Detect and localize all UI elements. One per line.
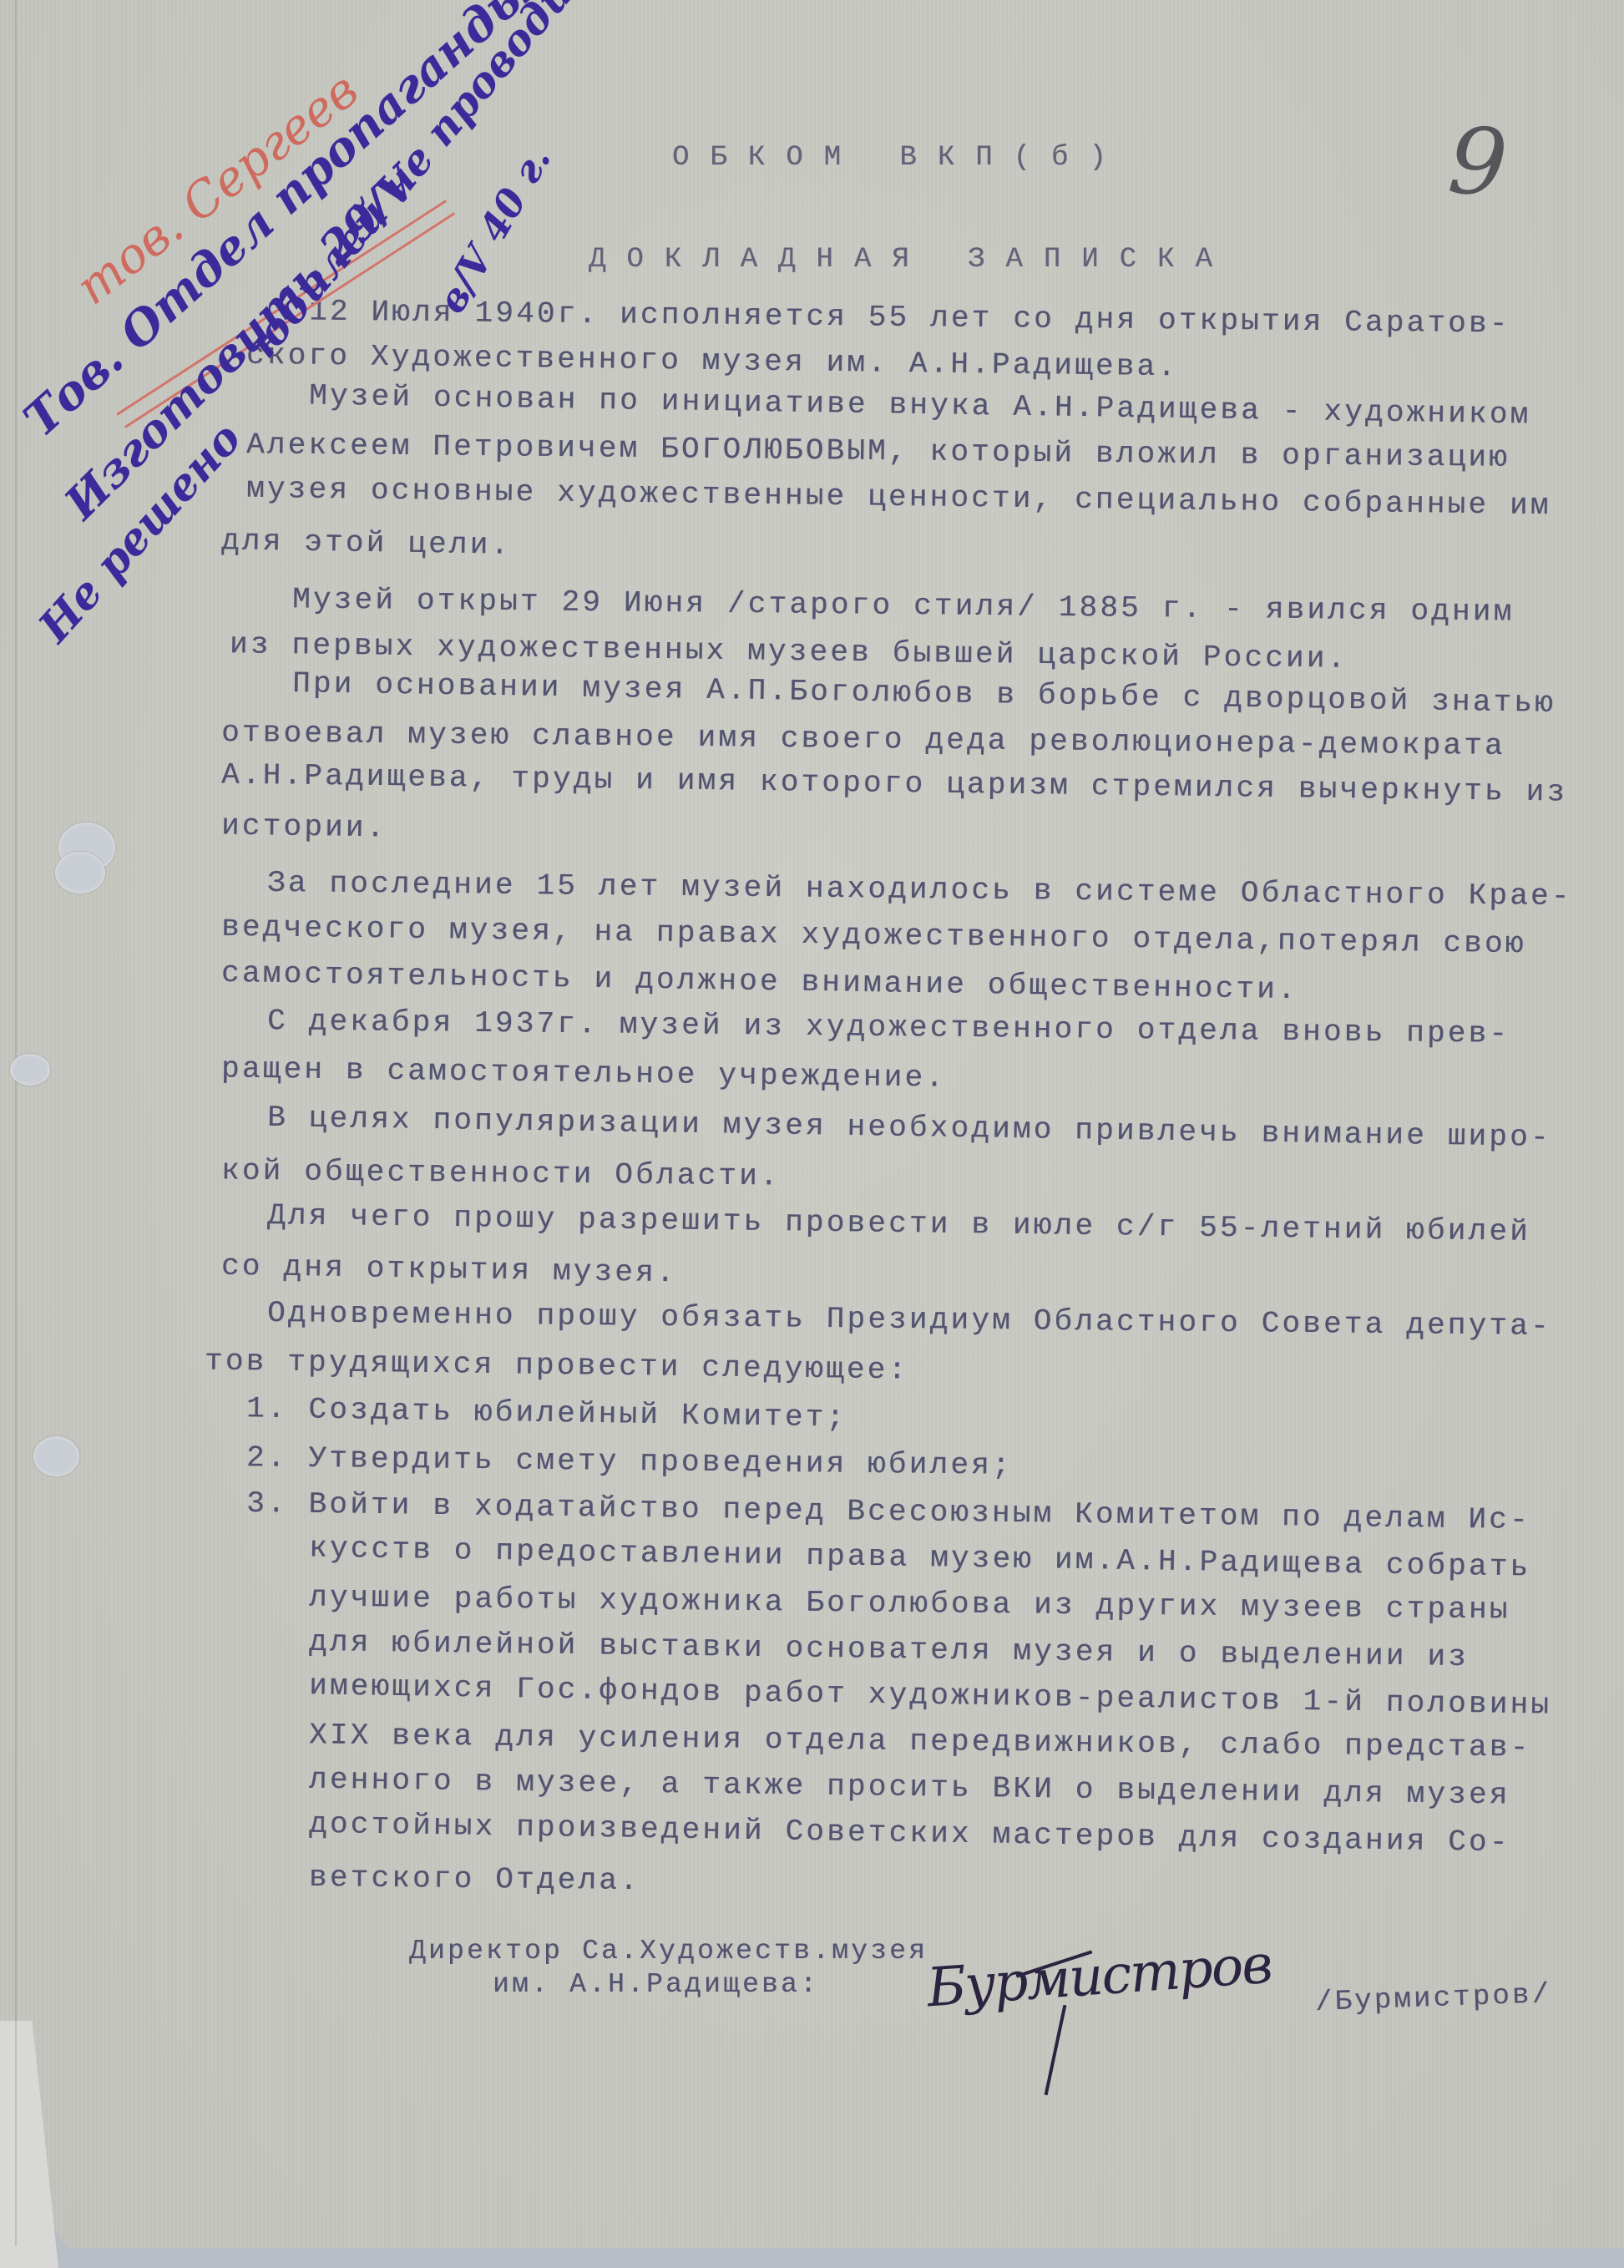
- document-title: ДОКЛАДНАЯ ЗАПИСКА: [589, 244, 1233, 276]
- binder-crease: [15, 0, 17, 2246]
- punch-hole-bottom: [33, 1436, 79, 1476]
- document-line: ветского Отдела.: [309, 1860, 640, 1898]
- document-header: ОБКОМ ВКП(б): [672, 142, 1127, 174]
- signature-title-line2: им. А.Н.Радищева:: [493, 1969, 819, 2000]
- punch-hole-top-2: [55, 852, 105, 894]
- punch-hole-middle: [10, 1054, 50, 1086]
- document-line: со дня открытия музея.: [221, 1249, 677, 1291]
- document-line: истории.: [221, 808, 387, 845]
- signature-title-line1: Директор Са.Художеств.музея: [409, 1936, 928, 1967]
- document-line: кой общественности Области.: [221, 1153, 781, 1193]
- document-line: для этой цели.: [221, 524, 512, 562]
- page-number: 9: [1445, 107, 1511, 218]
